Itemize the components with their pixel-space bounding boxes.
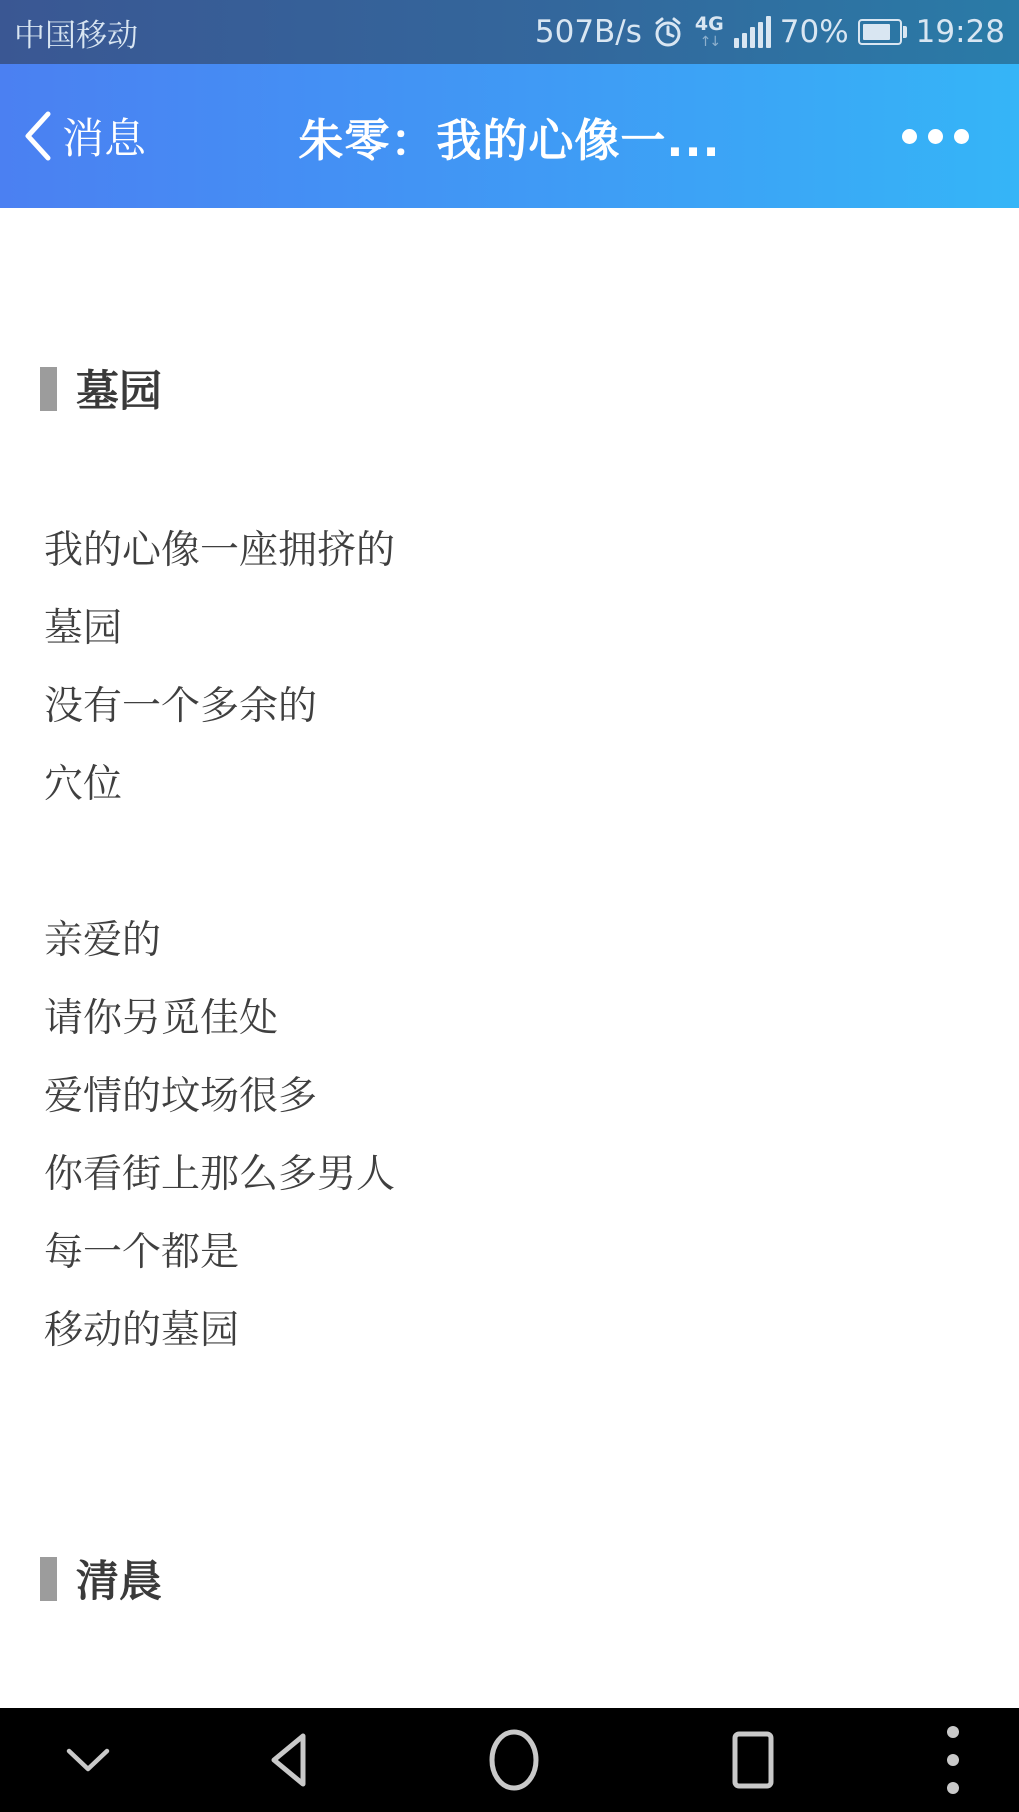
page-title: 朱零：我的心像一... [0,64,1019,208]
header: 消息 朱零：我的心像一... [0,64,1019,208]
signal-strength-icon [734,16,771,48]
android-nav-bar [0,1708,1019,1812]
section-heading-2: 清晨 [40,1548,162,1609]
net-speed-label: 507B/s [535,14,642,50]
battery-percent-label: 70% [780,14,849,50]
hide-navbar-button[interactable] [48,1708,128,1812]
poem-line: 每一个都是 [44,1214,395,1292]
poem-line-blank [44,824,395,902]
alarm-icon [651,15,685,49]
home-circle-icon [486,1727,542,1793]
back-button[interactable]: 消息 [22,64,146,208]
section-heading-1: 墓园 [40,358,162,419]
status-bar-right: 507B/s 4G ↑↓ 70% 19:28 [535,14,1005,50]
chevron-down-icon [61,1745,115,1775]
section-heading-text: 清晨 [76,1548,162,1609]
status-bar: 中国移动 507B/s 4G ↑↓ 70% 19:28 [0,0,1019,64]
nav-home-button[interactable] [474,1708,554,1812]
network-4g-icon: 4G ↑↓ [695,15,724,49]
more-menu-button[interactable] [902,64,969,208]
menu-dots-icon [946,1724,960,1796]
recents-square-icon [730,1729,776,1791]
poem-line: 没有一个多余的 [44,668,395,746]
section-heading-text: 墓园 [76,358,162,419]
poem-line: 我的心像一座拥挤的 [44,512,395,590]
poem-line: 你看街上那么多男人 [44,1136,395,1214]
heading-marker [40,367,57,411]
battery-icon [858,19,907,45]
poem-body: 我的心像一座拥挤的 墓园 没有一个多余的 穴位 亲爱的 请你另觅佳处 爱情的坟场… [44,512,395,1370]
carrier-label: 中国移动 [14,10,138,55]
clock-label: 19:28 [916,14,1005,50]
nav-menu-button[interactable] [913,1708,993,1812]
nav-back-button[interactable] [249,1708,329,1812]
back-chevron-icon [22,110,52,162]
poem-line: 墓园 [44,590,395,668]
back-button-label: 消息 [62,106,146,166]
poem-line: 爱情的坟场很多 [44,1058,395,1136]
nav-recents-button[interactable] [713,1708,793,1812]
poem-line: 请你另觅佳处 [44,980,395,1058]
poem-line: 亲爱的 [44,902,395,980]
heading-marker [40,1557,57,1601]
poem-line: 穴位 [44,746,395,824]
poem-line: 移动的墓园 [44,1292,395,1370]
back-triangle-icon [263,1729,315,1791]
more-menu-icon [902,129,917,144]
